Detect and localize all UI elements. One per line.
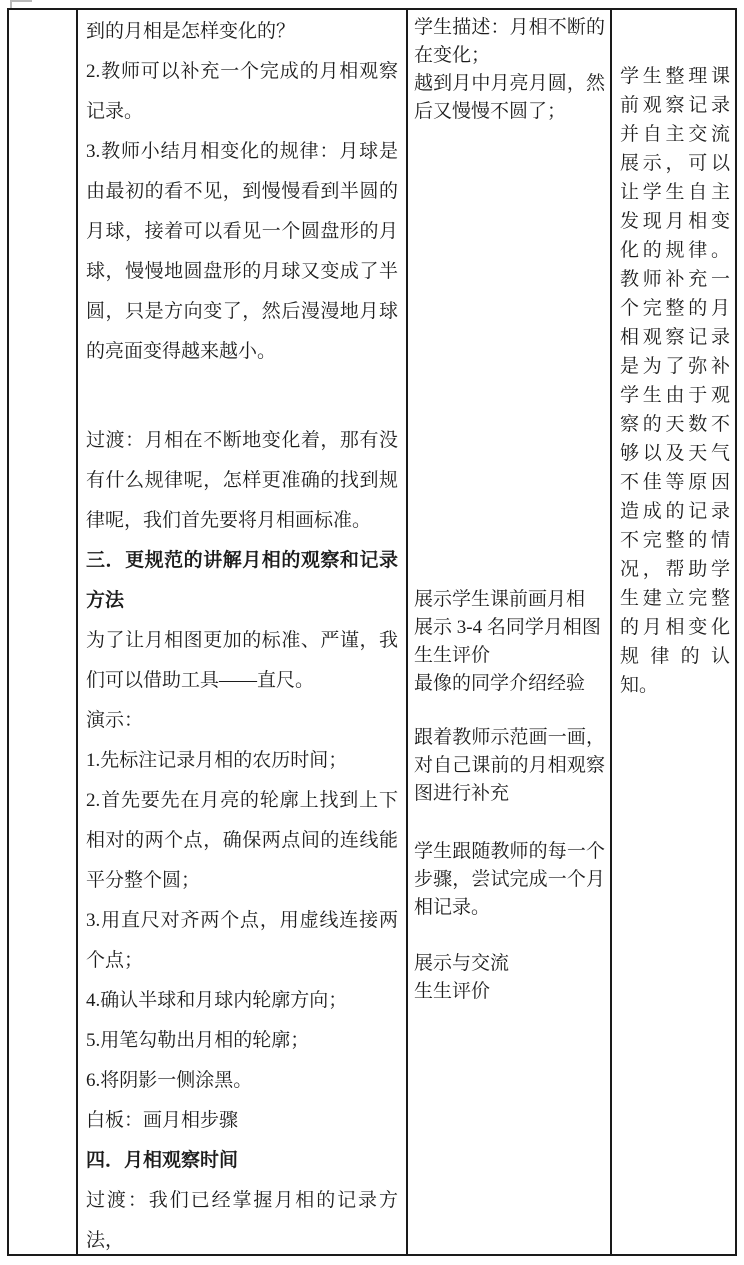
activity-paragraph: 展示 3-4 名同学月相图 (414, 614, 605, 642)
process-paragraph: 白板：画月相步骤 (86, 1101, 398, 1141)
table-cell-teaching-process: 到的月相是怎样变化的？ 2.教师可以补充一个完成的月相观察记录。 3.教师小结月… (78, 10, 408, 1254)
activity-paragraph: 最像的同学介绍经验 (414, 670, 605, 698)
design-intent-paragraph: 学生整理课前观察记录并自主交流展示，可以让学生自主发现月相变化的规律。教师补充一… (620, 62, 730, 700)
table-cell-design-intent: 学生整理课前观察记录并自主交流展示，可以让学生自主发现月相变化的规律。教师补充一… (612, 10, 735, 1254)
process-step: 2.首先要先在月亮的轮廓上找到上下相对的两个点，确保两点间的连线能平分整个圆； (86, 781, 398, 901)
process-paragraph: 到的月相是怎样变化的？ (86, 12, 398, 52)
process-paragraph: 演示： (86, 701, 398, 741)
activity-paragraph: 学生描述：月相不断的在变化； (414, 14, 605, 70)
section-heading-three: 三．更规范的讲解月相的观察和记录方法 (86, 541, 398, 621)
process-paragraph: 为了让月相图更加的标准、严谨，我们可以借助工具——直尺。 (86, 621, 398, 701)
activity-paragraph: 越到月中月亮月圆，然后又慢慢不圆了； (414, 70, 605, 126)
process-step: 3.用直尺对齐两个点，用虚线连接两个点； (86, 901, 398, 981)
activity-paragraph: 生生评价 (414, 978, 605, 1006)
process-paragraph: 2.教师可以补充一个完成的月相观察记录。 (86, 52, 398, 132)
table-cell-left-empty (9, 10, 78, 1254)
table-cell-student-activity: 学生描述：月相不断的在变化； 越到月中月亮月圆，然后又慢慢不圆了； 展示学生课前… (408, 10, 612, 1254)
lesson-plan-table: 到的月相是怎样变化的？ 2.教师可以补充一个完成的月相观察记录。 3.教师小结月… (7, 8, 737, 1256)
process-step: 1.先标注记录月相的农历时间； (86, 741, 398, 781)
process-paragraph: 过渡：我们已经掌握月相的记录方法， (86, 1181, 398, 1254)
process-paragraph: 3.教师小结月相变化的规律：月球是由最初的看不见，到慢慢看到半圆的月球，接着可以… (86, 132, 398, 372)
process-paragraph: 过渡：月相在不断地变化着，那有没有什么规律呢，怎样更准确的找到规律呢，我们首先要… (86, 421, 398, 541)
activity-paragraph: 生生评价 (414, 642, 605, 670)
activity-paragraph: 展示与交流 (414, 950, 605, 978)
activity-paragraph: 跟着教师示范画一画，对自己课前的月相观察图进行补充 (414, 724, 605, 808)
activity-paragraph: 学生跟随教师的每一个步骤，尝试完成一个月相记录。 (414, 838, 605, 922)
process-step: 5.用笔勾勒出月相的轮廓； (86, 1021, 398, 1061)
activity-paragraph: 展示学生课前画月相 (414, 586, 605, 614)
blank-line (86, 372, 398, 421)
process-step: 4.确认半球和月球内轮廓方向； (86, 981, 398, 1021)
section-heading-four: 四．月相观察时间 (86, 1141, 398, 1181)
process-step: 6.将阴影一侧涂黑。 (86, 1061, 398, 1101)
